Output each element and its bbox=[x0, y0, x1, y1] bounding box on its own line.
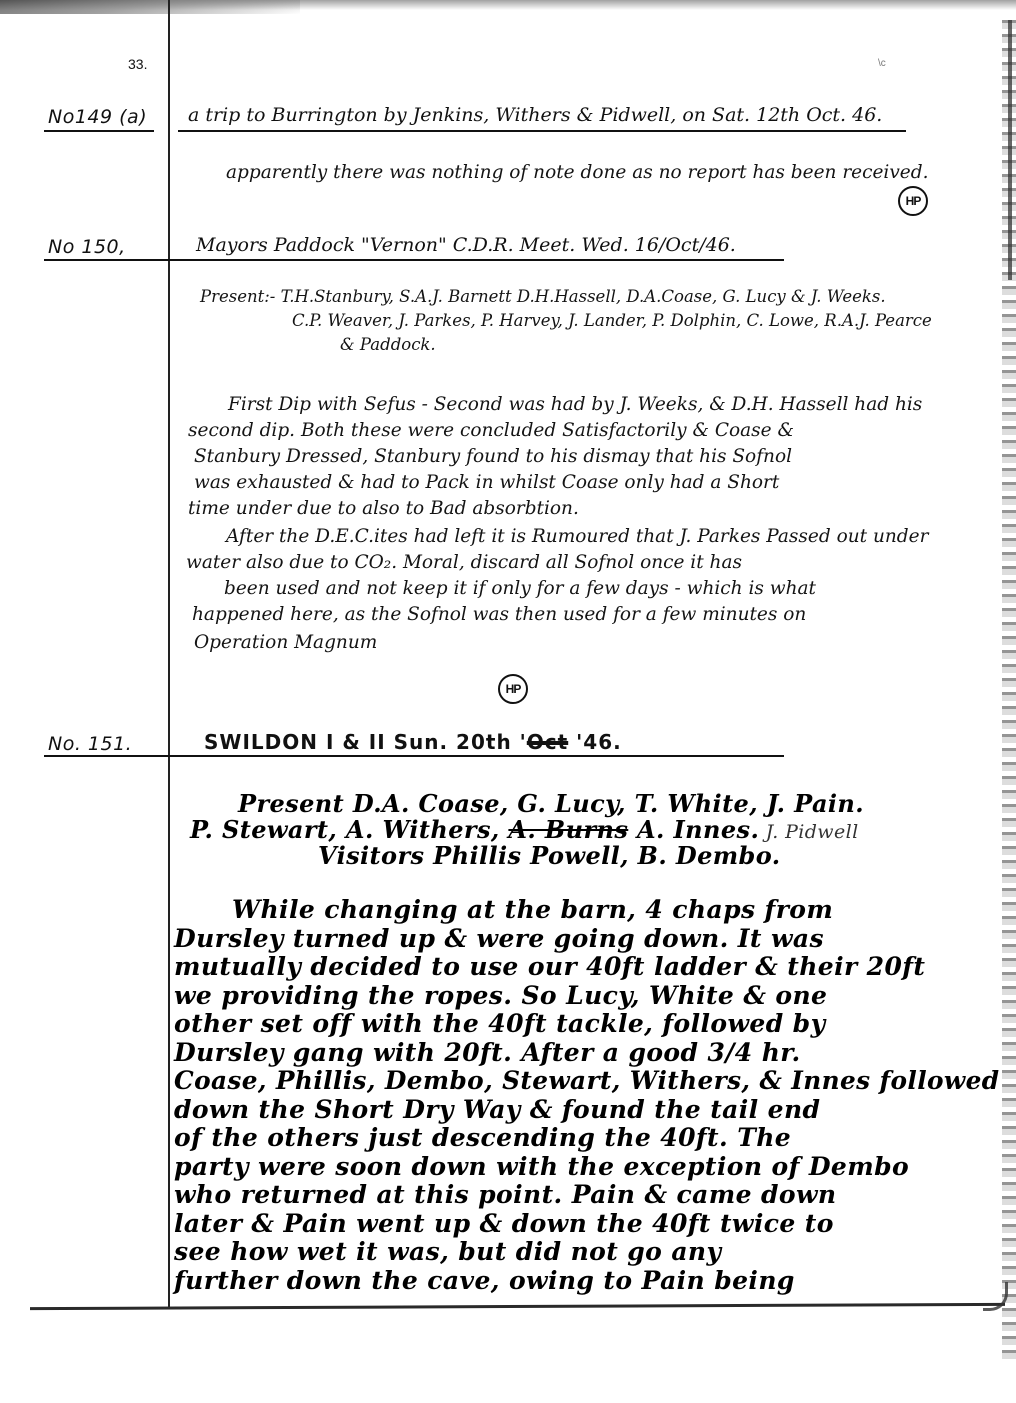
scan-shadow-corner bbox=[0, 0, 300, 14]
entry-body-line: see how wet it was, but did not go any bbox=[174, 1236, 721, 1268]
initials-stamp: HP bbox=[498, 674, 528, 704]
entry-body-line: Dursley turned up & were going down. It … bbox=[174, 923, 824, 955]
entry-number: No149 (a) bbox=[48, 106, 147, 128]
entry-body-line: happened here, as the Sofnol was then us… bbox=[192, 602, 806, 628]
entry-body-line: party were soon down with the exception … bbox=[174, 1151, 909, 1183]
entry-title: SWILDON I & II Sun. 20th 'Oct '46. bbox=[204, 730, 622, 754]
entry-number: No 150, bbox=[48, 236, 126, 258]
entry-body-line: of the others just descending the 40ft. … bbox=[174, 1122, 791, 1154]
entry-title: a trip to Burrington by Jenkins, Withers… bbox=[188, 104, 882, 126]
entry-body-line: While changing at the barn, 4 chaps from bbox=[232, 894, 833, 926]
title-end: '46. bbox=[568, 730, 622, 754]
present-line: C.P. Weaver, J. Parkes, P. Harvey, J. La… bbox=[292, 309, 932, 333]
corner-mark: \c bbox=[878, 58, 886, 69]
present-line: Present:- T.H.Stanbury, S.A.J. Barnett D… bbox=[200, 285, 886, 309]
margin-rule bbox=[168, 0, 170, 1307]
entry-number-underline bbox=[44, 130, 154, 132]
entry-body-line: time under due to also to Bad absorbtion… bbox=[188, 496, 579, 522]
entry-body-line: apparently there was nothing of note don… bbox=[226, 160, 928, 186]
present-line: & Paddock. bbox=[340, 333, 436, 357]
page-number: 33. bbox=[128, 56, 147, 72]
entry-body-line: been used and not keep it if only for a … bbox=[224, 576, 816, 602]
visitors-line: Visitors Phillis Powell, B. Dembo. bbox=[318, 840, 780, 872]
title-struck-word: Oct bbox=[527, 730, 568, 754]
initials-stamp: HP bbox=[898, 186, 928, 216]
entry-body-line: Operation Magnum bbox=[194, 630, 377, 656]
entry-body-line: Coase, Phillis, Dembo, Stewart, Withers,… bbox=[174, 1065, 999, 1097]
entry-body-line: was exhausted & had to Pack in whilst Co… bbox=[194, 470, 779, 496]
title-underline bbox=[44, 259, 784, 261]
entry-body-line: After the D.E.C.ites had left it is Rumo… bbox=[226, 524, 928, 550]
bottom-rule bbox=[30, 1303, 1005, 1310]
entry-body-line: First Dip with Sefus - Second was had by… bbox=[228, 392, 922, 418]
entry-body-line: other set off with the 40ft tackle, foll… bbox=[174, 1008, 826, 1040]
entry-body-line: Stanbury Dressed, Stanbury found to his … bbox=[194, 444, 792, 470]
entry-body-line: later & Pain went up & down the 40ft twi… bbox=[174, 1208, 834, 1240]
entry-body-line: mutually decided to use our 40ft ladder … bbox=[174, 951, 925, 983]
entry-body-line: down the Short Dry Way & found the tail … bbox=[174, 1094, 820, 1126]
logbook-page: 33. \c No149 (a) a trip to Burrington by… bbox=[0, 0, 1016, 1403]
title-underline bbox=[44, 755, 784, 757]
entry-body-line: second dip. Both these were concluded Sa… bbox=[188, 418, 794, 444]
entry-body-line: who returned at this point. Pain & came … bbox=[174, 1179, 836, 1211]
entry-body-line: further down the cave, owing to Pain bei… bbox=[174, 1265, 795, 1297]
entry-body-line: water also due to CO₂. Moral, discard al… bbox=[186, 550, 742, 576]
entry-title: Mayors Paddock "Vernon" C.D.R. Meet. Wed… bbox=[196, 234, 736, 256]
page-edge-shadow bbox=[1008, 20, 1012, 280]
entry-body-line: we providing the ropes. So Lucy, White &… bbox=[174, 980, 827, 1012]
entry-number: No. 151. bbox=[48, 733, 132, 755]
title-underline bbox=[178, 130, 906, 132]
entry-body-line: Dursley gang with 20ft. After a good 3/4… bbox=[174, 1037, 801, 1069]
title-main: SWILDON I & II Sun. 20th ' bbox=[204, 730, 527, 754]
